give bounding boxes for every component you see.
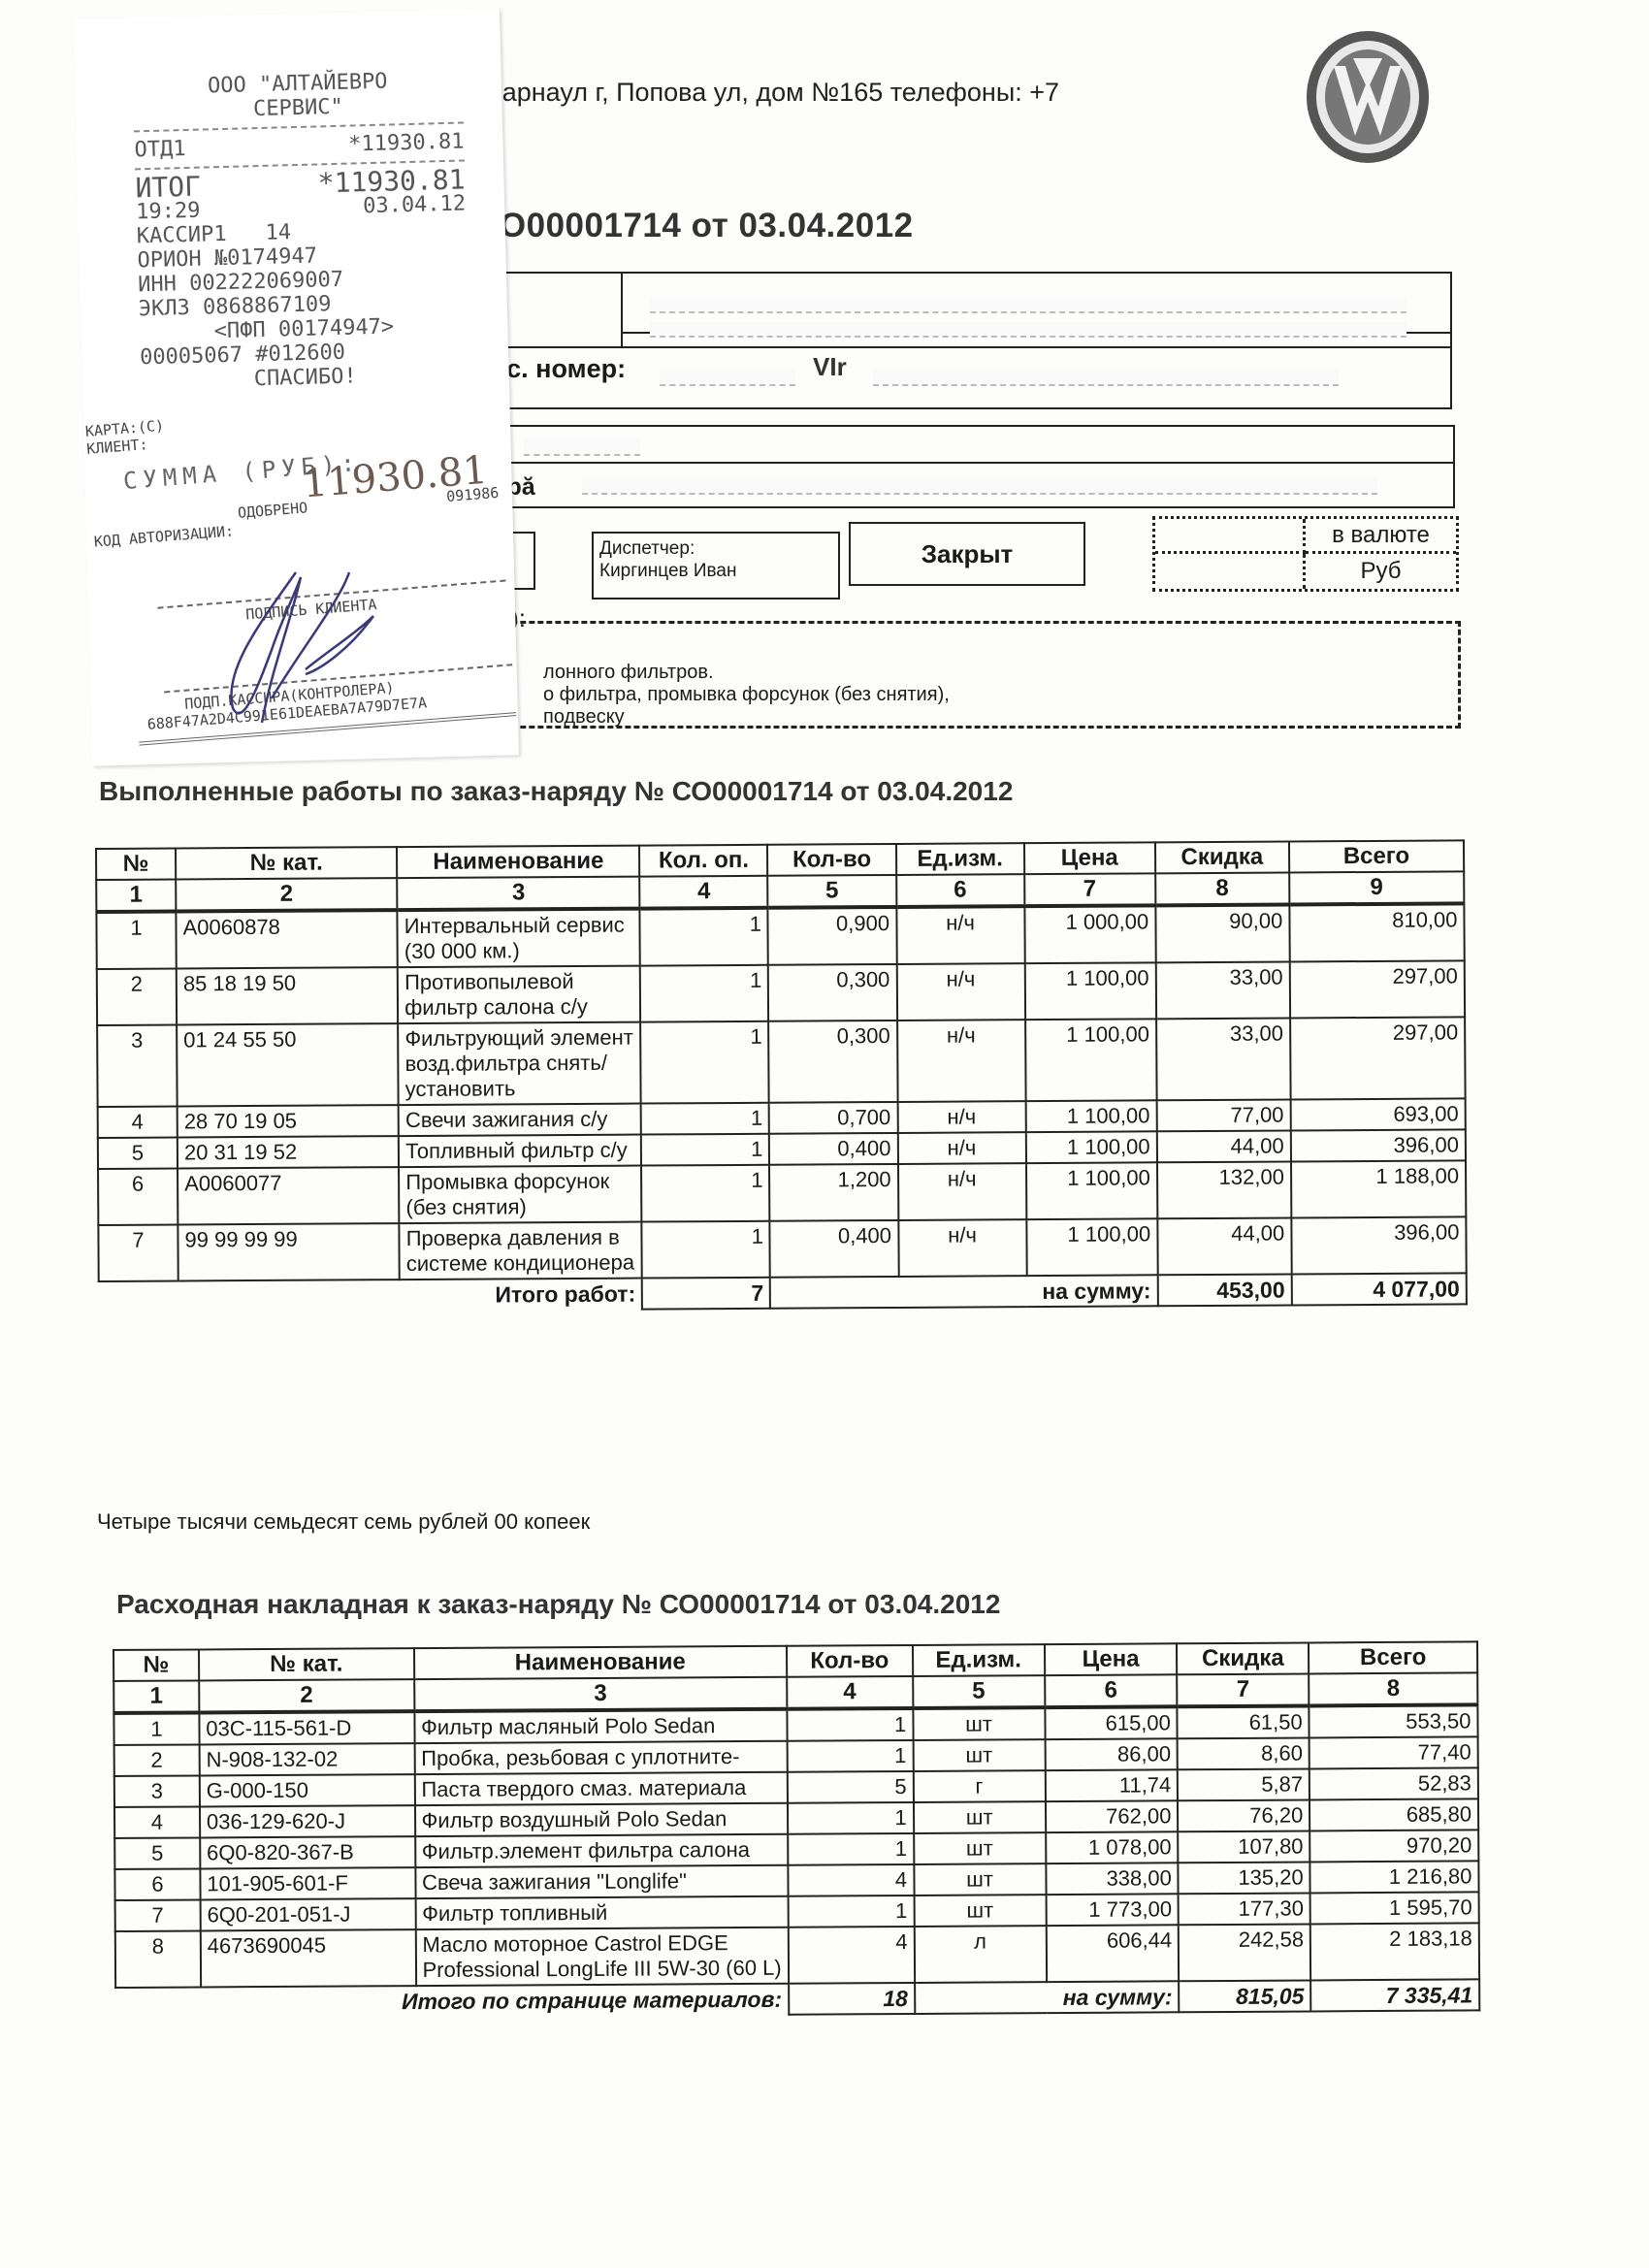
cell-price: 615,00 (1045, 1706, 1178, 1739)
works-section-title: Выполненные работы по заказ-наряду № СО0… (99, 776, 1013, 807)
cell-total: 1 595,70 (1310, 1892, 1479, 1924)
redacted-vin (873, 371, 1339, 386)
cell-cat: G-000-150 (200, 1774, 415, 1806)
cell-price: 1 100,00 (1025, 1100, 1156, 1132)
cell-price: 338,00 (1046, 1863, 1179, 1895)
owner-info-box (456, 425, 1455, 508)
cell-cat: 85 18 19 50 (177, 967, 399, 1024)
order-title: СО00001714 от 03.04.2012 (475, 207, 914, 245)
redacted-owner-name (524, 440, 640, 456)
cell-n: 3 (97, 1024, 178, 1106)
table-row: 6A0060077Промывка форсунок (без снятия)1… (98, 1160, 1466, 1225)
client-info-box (456, 272, 1452, 409)
currency-value: Руб (1306, 554, 1456, 589)
cell-discount: 33,00 (1155, 961, 1289, 1019)
cell-total: 553,50 (1309, 1704, 1478, 1737)
amount-in-words: Четыре тысячи семьдесят семь рублей 00 к… (97, 1509, 590, 1535)
cell-cat: A0060077 (178, 1167, 400, 1224)
cell-n: 6 (98, 1168, 178, 1225)
cell-price: 1 100,00 (1024, 962, 1155, 1020)
cell-unit: шт (914, 1895, 1046, 1927)
cell-total: 396,00 (1291, 1216, 1467, 1274)
cell-ops: 1 (640, 965, 768, 1022)
cell-price: 1 100,00 (1026, 1218, 1157, 1276)
cell-ops: 1 (641, 1134, 769, 1166)
cell-n: 1 (96, 911, 176, 969)
cell-total: 297,00 (1290, 1017, 1466, 1099)
cell-ops: 1 (640, 908, 768, 966)
cell-cat: 20 31 19 52 (178, 1136, 399, 1168)
cell-unit: н/ч (897, 1101, 1025, 1133)
cell-ops: 1 (642, 1221, 770, 1279)
cell-unit: н/ч (896, 963, 1024, 1021)
parts-total-label: Итого по странице материалов: (115, 1984, 789, 2019)
cell-qty: 1 (787, 1708, 913, 1741)
cell-name: Пробка, резьбовая с уплотните- (414, 1741, 788, 1774)
cell-discount: 177,30 (1179, 1893, 1310, 1925)
cell-n: 1 (113, 1712, 199, 1745)
cell-qty: 0,700 (769, 1102, 897, 1134)
dispatcher-label: Диспетчер: (599, 537, 832, 560)
cell-price: 1 100,00 (1026, 1162, 1157, 1219)
cell-total: 297,00 (1290, 960, 1466, 1018)
service-address: Барнаул г, Попова ул, дом №165 телефоны:… (485, 78, 1059, 108)
cell-name: Паста твердого смаз. материала (414, 1772, 788, 1805)
cell-n: 5 (98, 1137, 178, 1169)
table-row: 285 18 19 50Противопылевой фильтр салона… (97, 960, 1465, 1025)
cell-total: 970,20 (1309, 1830, 1478, 1862)
cell-total: 52,83 (1309, 1767, 1478, 1799)
redacted-client-name (650, 298, 1406, 313)
cell-unit: н/ч (898, 1163, 1026, 1220)
cell-n: 3 (114, 1775, 200, 1807)
works-total-count: 7 (642, 1278, 770, 1310)
cell-name: Свечи зажигания с/у (399, 1104, 641, 1137)
table-row: 1A0060878Интервальный сервис (30 000 км.… (96, 903, 1464, 969)
cell-qty: 4 (789, 1927, 915, 1984)
works-sum-label: на сумму: (770, 1275, 1157, 1308)
parts-total-discount: 815,05 (1179, 1980, 1310, 2012)
cell-ops: 1 (641, 1103, 769, 1135)
cell-ops: 1 (641, 1165, 769, 1222)
cell-unit: шт (913, 1707, 1045, 1740)
works-total-sum: 4 077,00 (1292, 1273, 1467, 1305)
cell-discount: 8,60 (1178, 1737, 1309, 1769)
cell-total: 693,00 (1290, 1098, 1465, 1130)
cell-name: Фильтрующий элемент возд.фильтра снять/у… (398, 1022, 641, 1106)
parts-total-sum: 7 335,41 (1310, 1979, 1479, 2011)
cell-cat: 28 70 19 05 (178, 1105, 399, 1137)
cell-price: 1 078,00 (1046, 1831, 1179, 1863)
cell-n: 5 (114, 1837, 200, 1869)
cell-discount: 107,80 (1179, 1831, 1310, 1863)
cell-n: 6 (114, 1868, 200, 1900)
registration-number-label: ос. номер: (491, 354, 626, 384)
cell-price: 1 100,00 (1025, 1019, 1157, 1101)
cell-qty: 1 (788, 1895, 914, 1928)
cell-price: 86,00 (1045, 1738, 1178, 1770)
currency-box: в валюте Руб (1152, 516, 1459, 592)
cell-name: Фильтр воздушный Polo Sedan (415, 1803, 789, 1836)
cell-unit: н/ч (897, 1020, 1026, 1102)
cell-qty: 0,400 (769, 1133, 897, 1165)
parts-sum-label: на сумму: (915, 1981, 1180, 2014)
cell-name: Проверка давления в системе кондиционера (400, 1222, 643, 1280)
cell-price: 1 100,00 (1025, 1131, 1156, 1163)
cell-qty: 4 (788, 1864, 914, 1896)
cell-ops: 1 (640, 1021, 769, 1104)
cell-price: 11,74 (1045, 1769, 1178, 1801)
cell-n: 2 (97, 968, 177, 1025)
cell-qty: 1,200 (769, 1164, 897, 1221)
cell-total: 810,00 (1289, 903, 1465, 961)
table-row: 84673690045Масло моторное Castrol EDGE P… (115, 1923, 1479, 1988)
cell-discount: 76,20 (1178, 1799, 1309, 1831)
parts-total-count: 18 (789, 1983, 915, 2015)
cell-cat: A0060878 (176, 910, 398, 968)
cell-qty: 1 (787, 1740, 913, 1772)
cell-total: 1 188,00 (1291, 1160, 1467, 1217)
cell-cat: 99 99 99 99 (178, 1223, 400, 1280)
cell-n: 7 (98, 1224, 178, 1281)
cell-discount: 135,20 (1179, 1862, 1310, 1894)
client-signature-icon (204, 563, 398, 732)
dispatcher-name: Киргинцев Иван (599, 560, 832, 582)
cell-total: 2 183,18 (1310, 1923, 1479, 1980)
cell-qty: 1 (788, 1802, 914, 1834)
cell-total: 685,80 (1309, 1798, 1478, 1831)
table-row: 301 24 55 50Фильтрующий элемент возд.фил… (97, 1017, 1465, 1107)
cell-cat: 4673690045 (201, 1929, 416, 1987)
works-total-label: Итого работ: (99, 1279, 643, 1312)
cell-price: 606,44 (1046, 1925, 1179, 1982)
cell-name: Фильтр.элемент фильтра салона (415, 1834, 789, 1867)
cell-unit: шт (914, 1863, 1046, 1895)
cell-unit: шт (914, 1801, 1046, 1833)
cell-unit: н/ч (897, 1132, 1025, 1164)
cell-discount: 242,58 (1179, 1924, 1310, 1981)
cell-n: 2 (114, 1744, 200, 1776)
cell-cat: 101-905-601-F (200, 1867, 415, 1899)
cell-name: Интервальный сервис (30 000 км.) (398, 909, 641, 968)
dispatcher-box: Диспетчер: Киргинцев Иван (592, 532, 840, 599)
parts-section-title: Расходная накладная к заказ-наряду № СО0… (116, 1589, 1000, 1620)
cell-name: Фильтр масляный Polo Sedan (414, 1709, 788, 1743)
cell-name: Свеча зажигания "Longlife" (415, 1865, 789, 1898)
cell-qty: 5 (788, 1771, 914, 1803)
cell-qty: 0,300 (768, 964, 896, 1021)
receipt-company: ООО "АЛТАЙЕВРО СЕРВИС" (133, 68, 464, 125)
cell-cat: N-908-132-02 (199, 1743, 414, 1775)
cell-discount: 77,00 (1156, 1099, 1290, 1131)
cell-price: 1 000,00 (1024, 905, 1155, 963)
cell-discount: 61,50 (1178, 1705, 1309, 1738)
cell-discount: 44,00 (1157, 1217, 1291, 1275)
cell-total: 77,40 (1309, 1736, 1478, 1768)
cell-qty: 0,400 (770, 1220, 898, 1278)
cell-unit: шт (914, 1832, 1046, 1864)
receipt-dept-line: ОТД1*11930.81 (134, 129, 465, 162)
cell-cat: 6Q0-201-051-J (200, 1898, 415, 1930)
currency-label: в валюте (1306, 519, 1456, 554)
cell-unit: н/ч (896, 906, 1024, 964)
volkswagen-logo-icon (1305, 29, 1431, 165)
vin-label: VIr (813, 352, 847, 382)
cell-name: Масло моторное Castrol EDGE Professional… (415, 1928, 789, 1986)
parts-table: № № кат. Наименование Кол-во Ед.изм. Цен… (113, 1640, 1480, 2020)
cell-cat: 01 24 55 50 (177, 1023, 399, 1106)
cell-total: 396,00 (1291, 1129, 1466, 1161)
cell-name: Противопылевой фильтр салона с/у (398, 966, 641, 1024)
cell-cat: 03C-115-561-D (199, 1711, 414, 1744)
cell-qty: 0,900 (768, 907, 896, 965)
table-row: 799 99 99 99Проверка давления в системе … (98, 1216, 1466, 1281)
cell-cat: 036-129-620-J (200, 1805, 415, 1837)
cell-n: 4 (98, 1106, 178, 1138)
cell-name: Топливный фильтр с/у (399, 1135, 641, 1168)
works-table: № № кат. Наименование Кол. оп. Кол-во Ед… (95, 839, 1468, 1313)
cell-discount: 5,87 (1178, 1768, 1309, 1800)
cell-unit: н/ч (898, 1219, 1026, 1277)
cell-n: 8 (115, 1930, 201, 1988)
cell-name: Промывка форсунок (без снятия) (399, 1166, 642, 1224)
cell-qty: 1 (788, 1833, 914, 1865)
cell-n: 7 (115, 1899, 201, 1931)
cell-discount: 132,00 (1157, 1161, 1291, 1218)
cell-price: 1 773,00 (1046, 1894, 1179, 1926)
cell-price: 762,00 (1046, 1800, 1179, 1832)
cell-unit: л (914, 1926, 1046, 1983)
cell-name: Фильтр топливный (415, 1896, 789, 1929)
cell-discount: 44,00 (1157, 1130, 1291, 1162)
cell-total: 1 216,80 (1310, 1861, 1479, 1893)
order-status-badge: Закрыт (849, 522, 1085, 586)
cell-qty: 0,300 (769, 1021, 898, 1103)
cell-n: 4 (114, 1806, 200, 1838)
cell-discount: 33,00 (1156, 1018, 1291, 1100)
redacted-client-address (650, 322, 1406, 338)
cell-unit: г (913, 1770, 1045, 1802)
cell-unit: шт (913, 1739, 1045, 1771)
redacted-owner-address (582, 479, 1377, 495)
cell-cat: 6Q0-820-367-B (200, 1836, 415, 1868)
complaint-text: лонного фильтров. о фильтра, промывка фо… (543, 662, 950, 729)
redacted-reg-number (660, 371, 795, 386)
cell-discount: 90,00 (1155, 904, 1289, 962)
works-total-discount: 453,00 (1157, 1274, 1291, 1306)
